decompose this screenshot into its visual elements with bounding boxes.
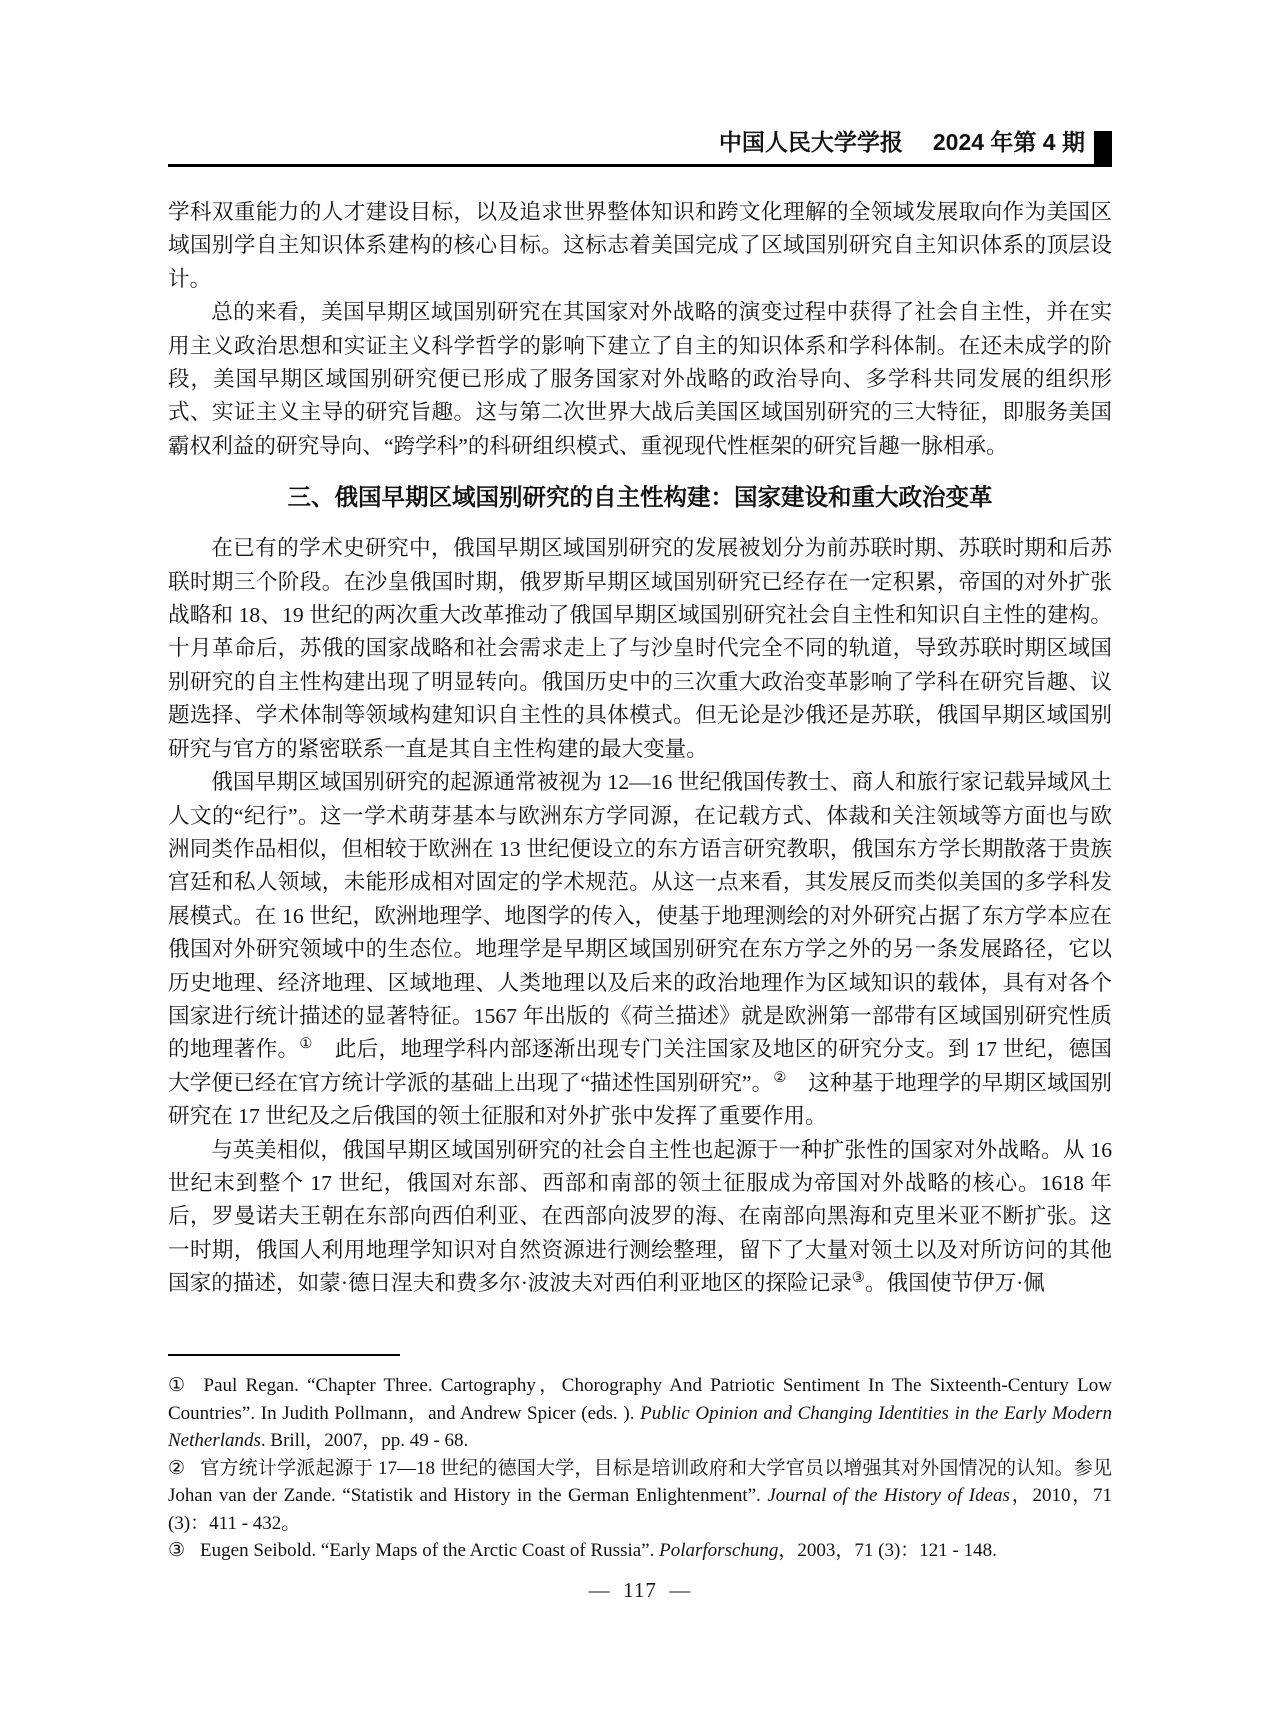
footnote-item: ②官方统计学派起源于 17—18 世纪的德国大学，目标是培训政府和大学官员以增强… bbox=[168, 1455, 1112, 1538]
footnote-item: ③Eugen Seibold. “Early Maps of the Arcti… bbox=[168, 1537, 1112, 1565]
footnote-marker: ③ bbox=[168, 1540, 185, 1561]
journal-title: 中国人民大学学报 bbox=[719, 124, 903, 160]
body-paragraph: 在已有的学术史研究中，俄国早期区域国别研究的发展被划分为前苏联时期、苏联时期和后… bbox=[168, 532, 1112, 766]
article-body: 学科双重能力的人才建设目标，以及追求世界整体知识和跨文化理解的全领域发展取向作为… bbox=[168, 196, 1112, 1301]
footnote-item: ①Paul Regan. “Chapter Three. Cartography… bbox=[168, 1372, 1112, 1455]
italic-title: Public Opinion and Changing Identities i… bbox=[168, 1403, 1112, 1452]
italic-title: Polarforschung bbox=[659, 1540, 778, 1561]
footnote-ref: ① bbox=[299, 1036, 312, 1052]
running-head: 中国人民大学学报 2024 年第 4 期 bbox=[168, 124, 1112, 160]
issue-label: 2024 年第 4 期 bbox=[933, 124, 1085, 160]
italic-title: Journal of the History of Ideas bbox=[767, 1485, 1010, 1506]
header-block-marker bbox=[1094, 131, 1112, 165]
footnote-marker: ① bbox=[168, 1375, 189, 1396]
body-paragraph: 俄国早期区域国别研究的起源通常被视为 12—16 世纪俄国传教士、商人和旅行家记… bbox=[168, 766, 1112, 1133]
journal-page: 中国人民大学学报 2024 年第 4 期 学科双重能力的人才建设目标，以及追求世… bbox=[0, 0, 1280, 1724]
footnote-list: ①Paul Regan. “Chapter Three. Cartography… bbox=[168, 1372, 1112, 1565]
header-rule bbox=[168, 164, 1112, 167]
footnotes-section: ①Paul Regan. “Chapter Three. Cartography… bbox=[168, 1354, 1112, 1603]
page-number: — 117 — bbox=[168, 1578, 1112, 1603]
section-heading: 三、俄国早期区域国别研究的自主性构建：国家建设和重大政治变革 bbox=[168, 479, 1112, 515]
footnote-marker: ② bbox=[168, 1458, 185, 1479]
body-paragraph: 总的来看，美国早期区域国别研究在其国家对外战略的演变过程中获得了社会自主性，并在… bbox=[168, 296, 1112, 463]
page-header: 中国人民大学学报 2024 年第 4 期 bbox=[168, 124, 1112, 167]
footnote-divider bbox=[168, 1354, 400, 1356]
body-paragraph: 学科双重能力的人才建设目标，以及追求世界整体知识和跨文化理解的全领域发展取向作为… bbox=[168, 196, 1112, 296]
body-paragraph: 与英美相似，俄国早期区域国别研究的社会自主性也起源于一种扩张性的国家对外战略。从… bbox=[168, 1134, 1112, 1301]
footnote-ref: ② bbox=[773, 1070, 786, 1086]
footnote-ref: ③ bbox=[852, 1270, 865, 1286]
